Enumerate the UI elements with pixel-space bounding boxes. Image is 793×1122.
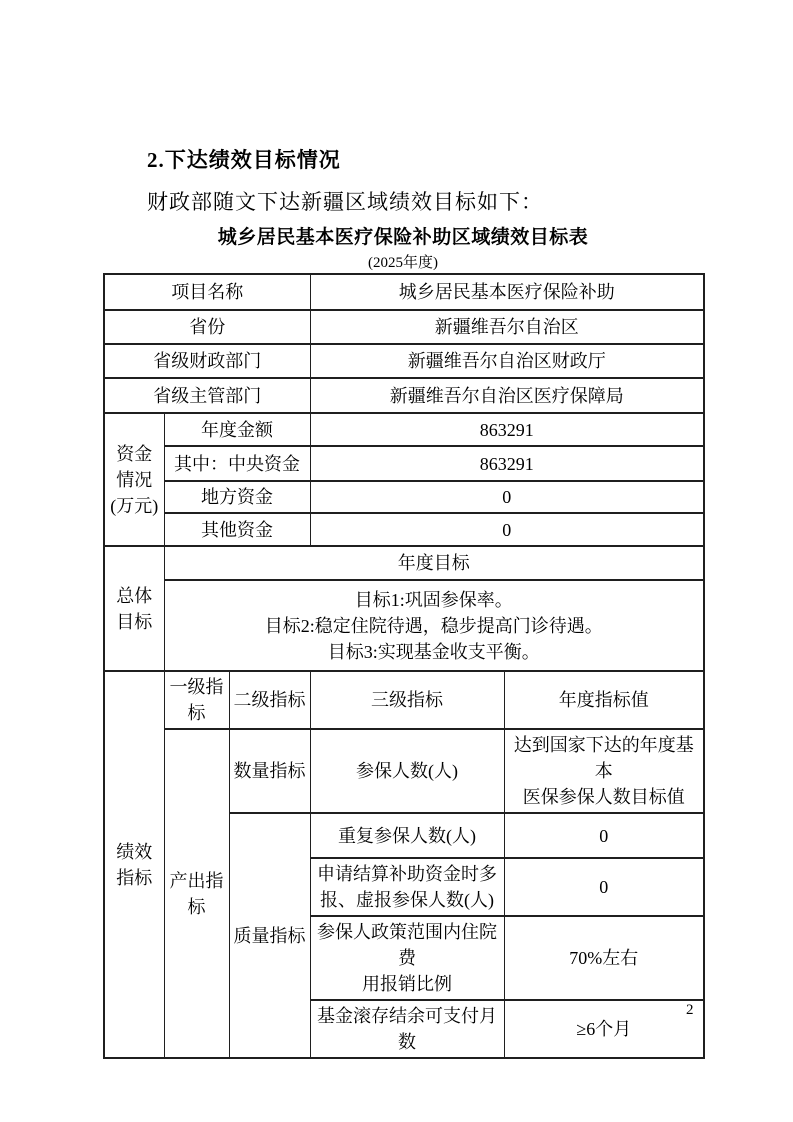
finance-dept-value: 新疆维吾尔自治区财政厅 — [310, 344, 704, 378]
document-page: 2.下达绩效目标情况 财政部随文下达新疆区域绩效目标如下： 城乡居民基本医疗保险… — [0, 0, 793, 1122]
funding-section-label: 资金 情况 (万元) — [104, 413, 164, 546]
indicator-name: 参保人政策范围内住院费 用报销比例 — [310, 916, 504, 1000]
funding-row-value: 863291 — [310, 413, 704, 446]
project-name-value: 城乡居民基本医疗保险补助 — [310, 274, 704, 310]
table-title: 城乡居民基本医疗保险补助区域绩效目标表 — [103, 222, 703, 249]
table-row: 产出指 标 数量指标 参保人数(人) 达到国家下达的年度基本 医保参保人数目标值 — [104, 729, 704, 813]
table-row: 其中：中央资金 863291 — [104, 446, 704, 481]
indicator-value: 达到国家下达的年度基本 医保参保人数目标值 — [504, 729, 704, 813]
indicator-name: 基金滚存结余可支付月数 — [310, 1000, 504, 1058]
performance-target-table: 项目名称 城乡居民基本医疗保险补助 省份 新疆维吾尔自治区 省级财政部门 新疆维… — [103, 273, 705, 1059]
page-number: 2 — [686, 1002, 694, 1019]
level2-quantity-indicator: 数量指标 — [229, 729, 310, 813]
indicator-name: 参保人数(人) — [310, 729, 504, 813]
funding-row-label: 地方资金 — [164, 481, 310, 513]
indicator-value: 0 — [504, 858, 704, 916]
finance-dept-label: 省级财政部门 — [104, 344, 310, 378]
admin-dept-value: 新疆维吾尔自治区医疗保障局 — [310, 378, 704, 413]
table-row: 省级财政部门 新疆维吾尔自治区财政厅 — [104, 344, 704, 378]
province-label: 省份 — [104, 310, 310, 344]
overall-goal-section-label: 总体 目标 — [104, 546, 164, 671]
province-value: 新疆维吾尔自治区 — [310, 310, 704, 344]
header-level2-indicator: 二级指标 — [229, 671, 310, 729]
funding-row-value: 863291 — [310, 446, 704, 481]
intro-paragraph: 财政部随文下达新疆区域绩效目标如下： — [147, 186, 543, 216]
admin-dept-label: 省级主管部门 — [104, 378, 310, 413]
funding-row-label: 其他资金 — [164, 513, 310, 546]
table-row: 资金 情况 (万元) 年度金额 863291 — [104, 413, 704, 446]
funding-row-value: 0 — [310, 481, 704, 513]
table-row: 项目名称 城乡居民基本医疗保险补助 — [104, 274, 704, 310]
annual-goal-header: 年度目标 — [164, 546, 704, 580]
table-row: 地方资金 0 — [104, 481, 704, 513]
table-row: 省级主管部门 新疆维吾尔自治区医疗保障局 — [104, 378, 704, 413]
indicator-value: 70%左右 — [504, 916, 704, 1000]
table-row: 其他资金 0 — [104, 513, 704, 546]
table-row: 省份 新疆维吾尔自治区 — [104, 310, 704, 344]
table-row: 目标1:巩固参保率。 目标2:稳定住院待遇，稳步提高门诊待遇。 目标3:实现基金… — [104, 580, 704, 671]
header-annual-value: 年度指标值 — [504, 671, 704, 729]
level1-output-indicator: 产出指 标 — [164, 729, 229, 1058]
section-heading: 2.下达绩效目标情况 — [147, 144, 341, 174]
indicator-value: 0 — [504, 813, 704, 858]
level2-quality-indicator: 质量指标 — [229, 813, 310, 1058]
table-row: 总体 目标 年度目标 — [104, 546, 704, 580]
table-subtitle: (2025年度) — [103, 251, 703, 272]
project-name-label: 项目名称 — [104, 274, 310, 310]
funding-row-value: 0 — [310, 513, 704, 546]
header-level1-indicator: 一级指 标 — [164, 671, 229, 729]
header-level3-indicator: 三级指标 — [310, 671, 504, 729]
indicators-section-label: 绩效 指标 — [104, 671, 164, 1058]
indicator-value: ≥6个月 — [504, 1000, 704, 1058]
indicator-name: 申请结算补助资金时多 报、虚报参保人数(人) — [310, 858, 504, 916]
table-row: 绩效 指标 一级指 标 二级指标 三级指标 年度指标值 — [104, 671, 704, 729]
annual-goal-list: 目标1:巩固参保率。 目标2:稳定住院待遇，稳步提高门诊待遇。 目标3:实现基金… — [164, 580, 704, 671]
indicator-name: 重复参保人数(人) — [310, 813, 504, 858]
funding-row-label: 年度金额 — [164, 413, 310, 446]
funding-row-label: 其中：中央资金 — [164, 446, 310, 481]
